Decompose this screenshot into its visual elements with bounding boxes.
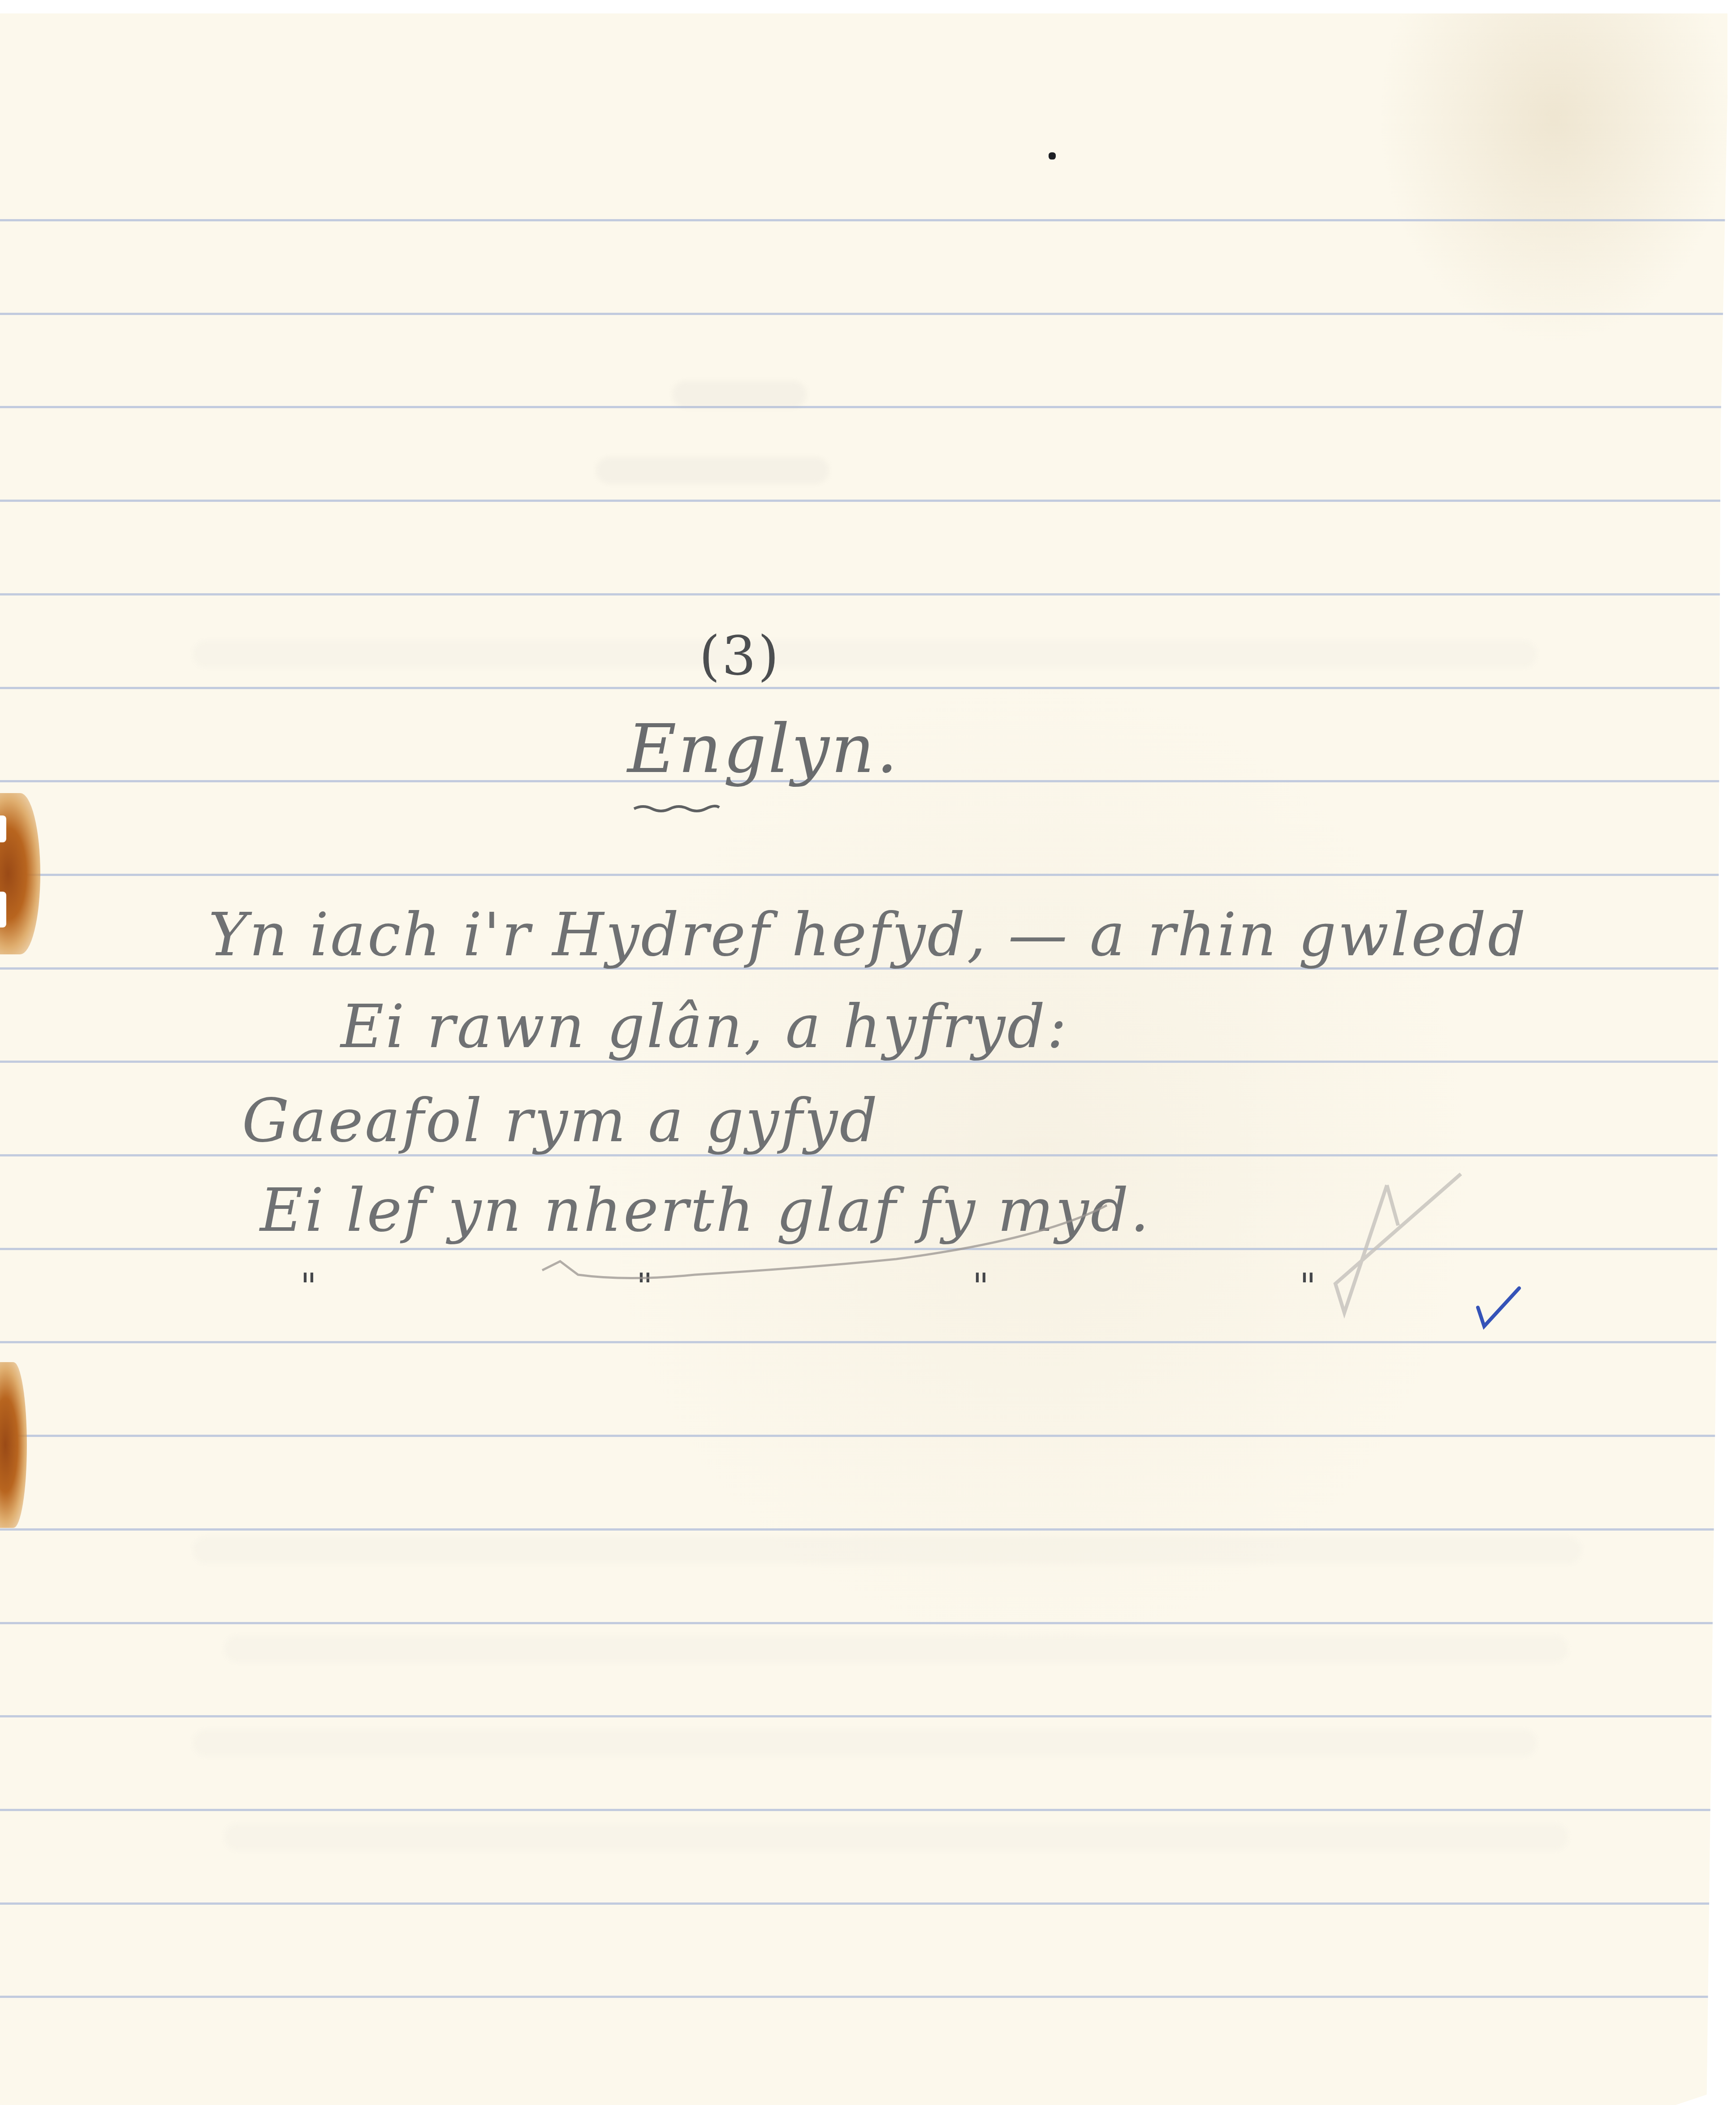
annotation-layer [0, 0, 1736, 2105]
pencil-mark-icon [1335, 1174, 1461, 1313]
pencil-underline [542, 1205, 1107, 1278]
checkmark-icon [1478, 1288, 1519, 1326]
